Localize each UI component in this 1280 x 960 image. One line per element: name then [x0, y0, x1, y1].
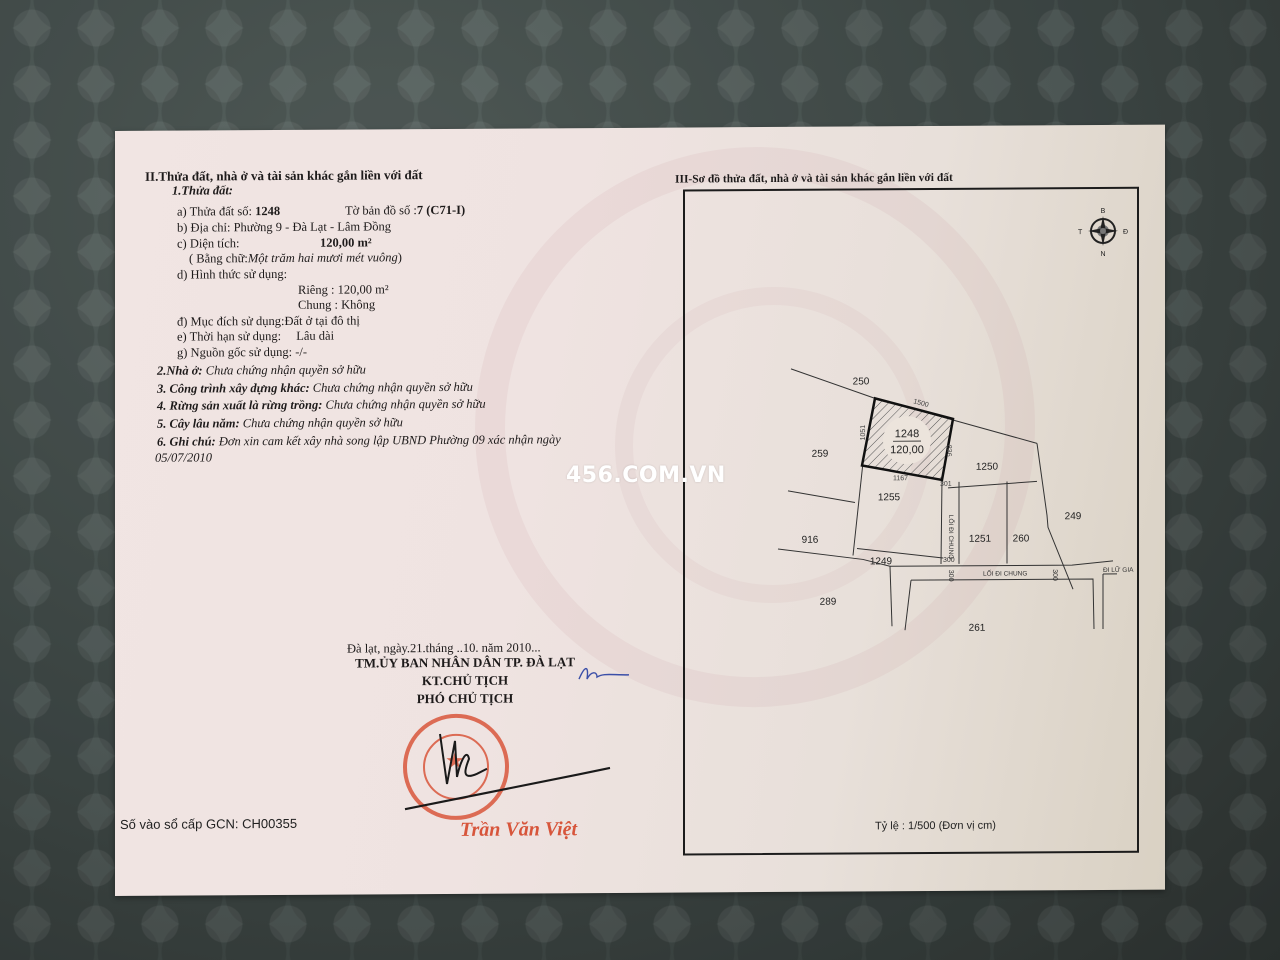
perennial-trees-label: 5. Cây lâu năm: [157, 416, 240, 431]
signing-role-2: PHÓ CHỦ TỊCH [310, 690, 620, 708]
svg-text:301: 301 [940, 481, 952, 488]
map-sheet-label: Tờ bản đồ số : [345, 203, 417, 217]
neighbor-parcel-label: 260 [1013, 533, 1030, 544]
origin-value: -/- [295, 345, 307, 359]
planted-forest-value: Chưa chứng nhận quyền sở hữu [326, 397, 486, 412]
purpose-row: đ) Mục đích sử dụng:Đất ở tại đô thị [177, 314, 360, 330]
svg-text:1051: 1051 [860, 425, 867, 441]
area-words-suffix: ) [398, 250, 402, 264]
svg-text:B: B [1101, 208, 1106, 215]
origin-row: g) Nguồn gốc sử dụng: -/- [177, 345, 307, 361]
neighbor-parcel-label: 249 [1065, 511, 1082, 522]
purpose-label: đ) Mục đích sử dụng: [177, 314, 284, 329]
initial-signature [575, 663, 635, 687]
svg-text:LỐI ĐI CHUNG: LỐI ĐI CHUNG [947, 515, 957, 559]
other-construction-row: 3. Công trình xây dựng khác: Chưa chứng … [157, 380, 473, 397]
notes-date: 05/07/2010 [155, 450, 212, 465]
perennial-trees-value: Chưa chứng nhận quyền sở hữu [243, 415, 403, 430]
area-value: 120,00 m² [320, 235, 372, 250]
neighbor-parcel-label: 1250 [976, 462, 999, 473]
parcel-number-label: a) Thửa đất số: [177, 204, 252, 218]
svg-text:1500: 1500 [912, 398, 929, 409]
svg-text:N: N [1100, 251, 1105, 258]
neighbor-parcel-label: 1255 [878, 492, 901, 503]
neighbor-parcel-label: 250 [853, 376, 870, 387]
house-label: 2.Nhà ở: [157, 363, 203, 377]
parcel-map: B N Đ T [683, 187, 1139, 856]
address-label: b) Địa chỉ: [177, 220, 230, 234]
neighbor-parcel-label: 289 [820, 597, 837, 608]
parcel-number-row: a) Thửa đất số: 1248 [177, 204, 280, 220]
register-label: Số vào sổ cấp GCN: [120, 816, 239, 832]
svg-text:300: 300 [943, 557, 955, 564]
parcel-map-drawing: B N Đ T [685, 189, 1137, 854]
shared-use-value: Không [341, 297, 375, 311]
map-scale: Tỷ lệ : 1/500 (Đơn vị cm) [875, 820, 996, 833]
svg-text:LỐI ĐI CHUNG: LỐI ĐI CHUNG [983, 567, 1027, 577]
origin-label: g) Nguồn gốc sử dụng: [177, 345, 292, 360]
register-number: CH00355 [242, 816, 297, 831]
signing-role-1: KT.CHỦ TỊCH [310, 672, 620, 690]
svg-text:1167: 1167 [893, 475, 908, 482]
svg-text:Đ: Đ [1123, 229, 1128, 236]
svg-text:836: 836 [945, 445, 952, 457]
section-2-parcel-info: II.Thửa đất, nhà ở và tài sản khác gắn l… [115, 128, 675, 896]
svg-text:120,00: 120,00 [890, 444, 924, 456]
neighbor-parcel-label: 259 [812, 449, 829, 460]
address-value: Phường 9 - Đà Lạt - Lâm Đồng [234, 219, 391, 234]
private-use-row: Riêng : 120,00 m² [298, 282, 389, 298]
perennial-trees-row: 5. Cây lâu năm: Chưa chứng nhận quyền sở… [157, 415, 403, 432]
svg-text:300: 300 [947, 570, 954, 582]
map-sheet-row: Tờ bản đồ số :7 (C71-I) [345, 203, 465, 219]
term-value: Lâu dài [296, 329, 334, 343]
shared-use-label: Chung : [298, 298, 338, 312]
planted-forest-label: 4. Rừng sản xuất là rừng trồng: [157, 398, 322, 413]
notes-label: 6. Ghi chú: [157, 434, 216, 448]
official-name: Trần Văn Việt [460, 818, 577, 842]
site-watermark: 456.COM.VN [566, 463, 726, 488]
term-row: e) Thời hạn sử dụng: Lâu dài [177, 329, 334, 345]
notes-value: Đơn xin cam kết xây nhà song lập UBND Ph… [219, 432, 561, 448]
term-label: e) Thời hạn sử dụng: [177, 329, 281, 344]
shared-use-row: Chung : Không [298, 297, 375, 312]
other-construction-label: 3. Công trình xây dựng khác: [157, 381, 310, 396]
svg-text:ĐI LỮ GIA: ĐI LỮ GIA [1103, 565, 1134, 574]
private-use-label: Riêng : [298, 283, 334, 297]
compass-icon: B N Đ T [1078, 208, 1128, 258]
address-row: b) Địa chỉ: Phường 9 - Đà Lạt - Lâm Đồng [177, 219, 391, 235]
signing-org: TM.ỦY BAN NHÂN DÂN TP. ĐÀ LẠT [310, 654, 620, 672]
svg-text:300: 300 [1051, 569, 1058, 581]
planted-forest-row: 4. Rừng sản xuất là rừng trồng: Chưa chứ… [157, 397, 486, 414]
neighbor-parcel-label: 1249 [870, 556, 893, 567]
purpose-value: Đất ở tại đô thị [284, 314, 359, 328]
section-2-subheading: 1.Thửa đất: [172, 183, 233, 198]
neighbor-parcel-label: 261 [969, 623, 986, 634]
map-sheet-number: 7 (C71-I) [417, 203, 465, 217]
private-use-value: 120,00 m² [338, 282, 389, 296]
svg-text:1248: 1248 [895, 428, 919, 440]
notes-row: 6. Ghi chú: Đơn xin cam kết xây nhà song… [157, 432, 561, 449]
area-words-prefix: ( Bằng chữ: [189, 251, 248, 265]
usage-form-label: d) Hình thức sử dụng: [177, 267, 287, 283]
land-certificate-page: II.Thửa đất, nhà ở và tài sản khác gắn l… [115, 125, 1165, 896]
neighbor-parcel-label: 916 [802, 535, 819, 546]
section-2-heading: II.Thửa đất, nhà ở và tài sản khác gắn l… [145, 167, 423, 185]
area-label: c) Diện tích: [177, 236, 239, 251]
house-row: 2.Nhà ở: Chưa chứng nhận quyền sở hữu [157, 362, 366, 378]
section-3-heading: III-Sơ đồ thửa đất, nhà ở và tài sản khá… [675, 172, 953, 186]
house-value: Chưa chứng nhận quyền sở hữu [206, 362, 366, 377]
handwritten-signature [395, 728, 615, 819]
other-construction-value: Chưa chứng nhận quyền sở hữu [313, 380, 473, 395]
area-words: Một trăm hai mươi mét vuông [248, 250, 398, 265]
svg-text:T: T [1078, 229, 1083, 236]
register-number-row: Số vào sổ cấp GCN: CH00355 [120, 816, 297, 832]
area-words-row: ( Bằng chữ:Một trăm hai mươi mét vuông) [189, 250, 402, 266]
neighbor-parcel-label: 1251 [969, 534, 992, 545]
parcel-number: 1248 [255, 204, 280, 218]
